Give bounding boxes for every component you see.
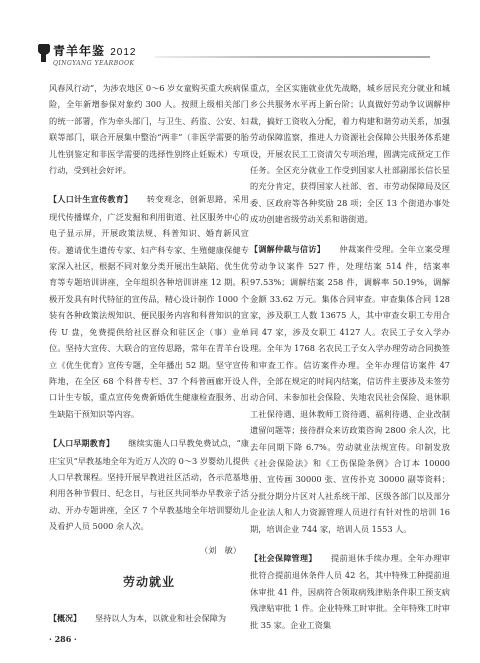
left-column: 风春风行动”，为涉农地区 0～6 岁女童购买重大疾病保险，全年新增参保对象约 3…	[49, 80, 249, 641]
logo-title: 青羊年鉴 2012	[53, 44, 136, 60]
author-signature: （刘 敏）	[49, 542, 249, 558]
section-title: 【社会保障管理】	[250, 554, 317, 563]
section-body: 仲裁案件受理。全年立案受理劳动争议案件 527 件，处理结案 514 件，结案率…	[250, 244, 450, 534]
page-header: 青羊年鉴 2012 QINGYANG YEARBOOK	[38, 44, 458, 74]
section-title: 【人口早期教育】	[49, 439, 114, 448]
section-body: 坚持以人为本，以就业和社会保障为	[95, 613, 226, 623]
logo-figure-icon	[38, 44, 50, 66]
section-title: 【概况】	[49, 614, 81, 623]
logo-year: 2012	[110, 47, 136, 58]
section-mediation-arbitration: 【调解仲裁与信访】仲裁案件受理。全年立案受理劳动争议案件 527 件，处理结案 …	[250, 241, 450, 537]
section-body: 继续实施人口早教免费试点，“康庄宝贝”早教基地全年为近万人次的 0～3 岁婴幼儿…	[49, 438, 249, 531]
logo-subtitle: QINGYANG YEARBOOK	[53, 60, 136, 68]
section-early-education: 【人口早期教育】继续实施人口早教免费试点，“康庄宝贝”早教基地全年为近万人次的 …	[49, 435, 249, 534]
page-number: · 286 ·	[49, 634, 77, 644]
section-title: 【人口计生宣传教育】	[49, 195, 133, 204]
section-body: 转变观念，创新思路，采用现代传播媒介，广泛发掘和利用街道、社区服务中心的电子显示…	[49, 194, 249, 418]
overview-continuation: 重点，全区实施就业优先战略，城乡居民充分就业和城乡公共服务水平再上新台阶；认真做…	[250, 80, 450, 228]
section-social-security: 【社会保障管理】提前退休手续办理。全年办理审批符合提前退休条件人员 42 名，其…	[250, 550, 450, 633]
intro-continuation: 风春风行动”，为涉农地区 0～6 岁女童购买重大疾病保险，全年新增参保对象约 3…	[49, 80, 249, 178]
section-body: 提前退休手续办理。全年办理审批符合提前退休条件人员 42 名，其中特殊工种提前退…	[250, 553, 450, 630]
section-overview: 【概况】坚持以人为本，以就业和社会保障为	[49, 610, 249, 627]
logo-title-text: 青羊年鉴	[53, 44, 105, 58]
yearbook-logo: 青羊年鉴 2012 QINGYANG YEARBOOK	[38, 44, 136, 68]
section-publicity-education: 【人口计生宣传教育】转变观念，创新思路，采用现代传播媒介，广泛发掘和利用街道、社…	[49, 191, 249, 422]
chapter-title: 劳动就业	[49, 574, 249, 590]
section-title: 【调解仲裁与信访】	[250, 245, 325, 254]
header-divider	[155, 56, 430, 58]
right-column: 重点，全区实施就业优先战略，城乡居民充分就业和城乡公共服务水平再上新台阶；认真做…	[250, 80, 450, 646]
